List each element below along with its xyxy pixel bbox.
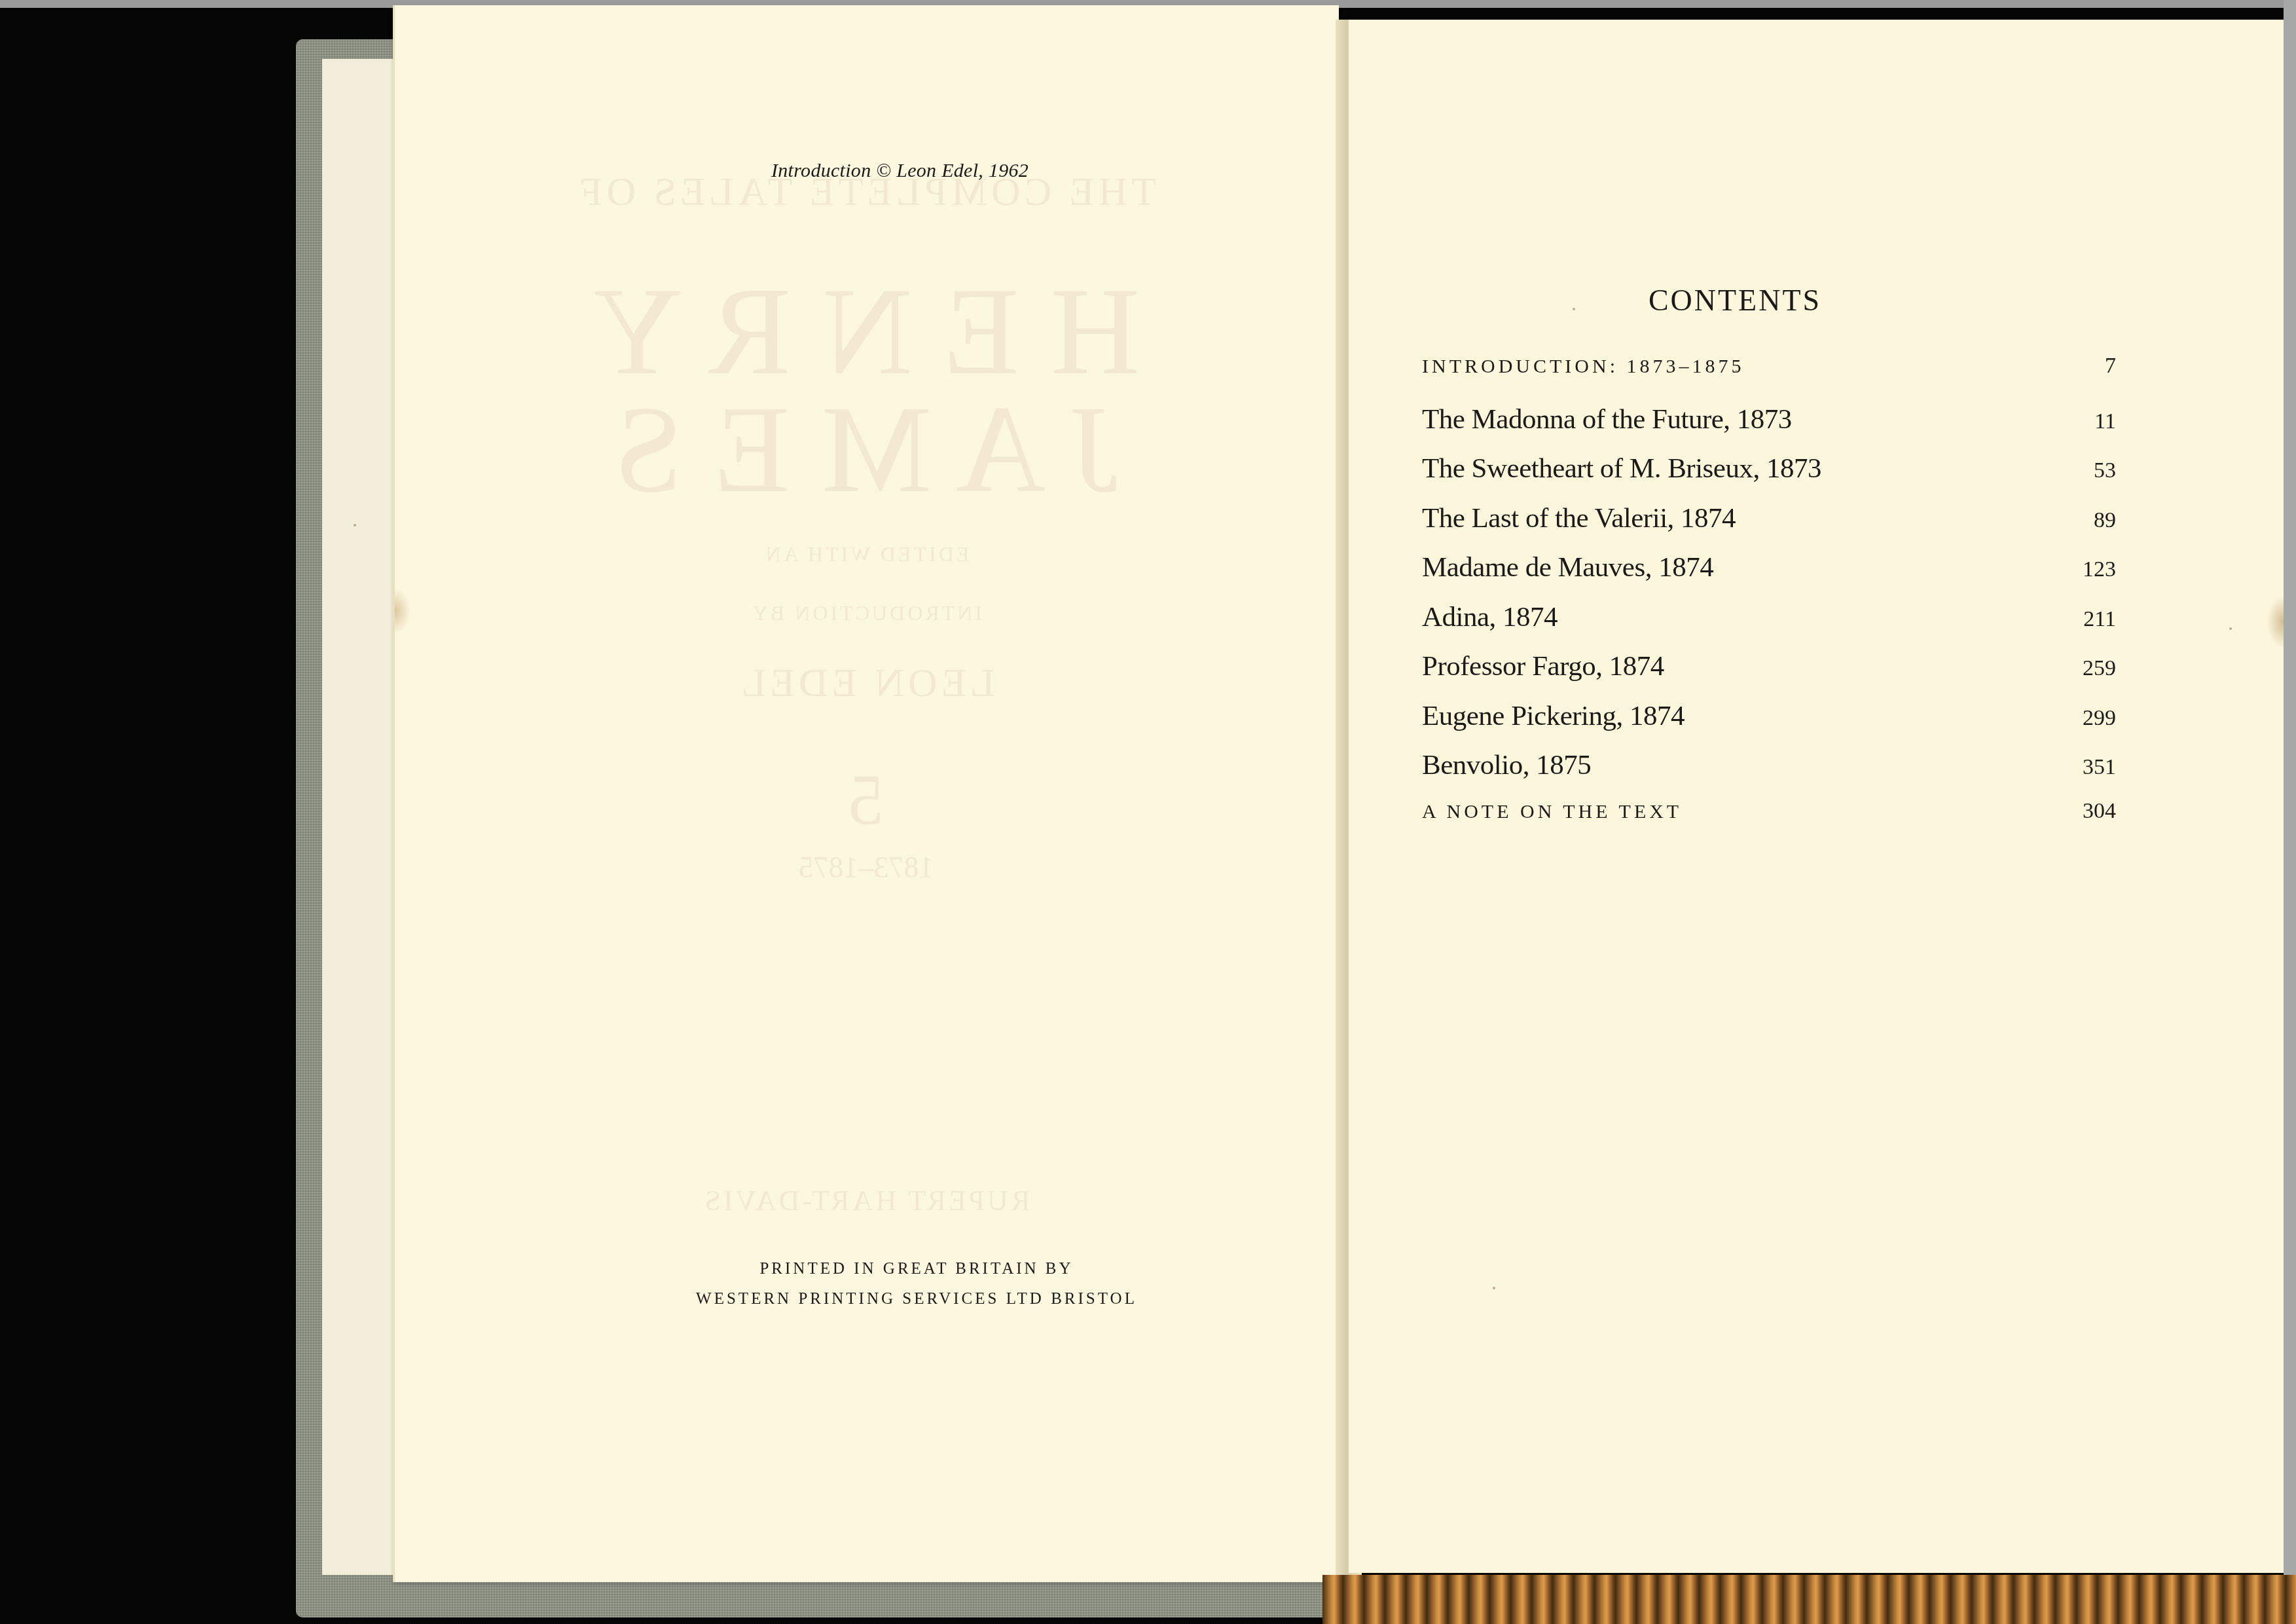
toc-entry-title: Adina, 1874 — [1422, 601, 1558, 633]
toc-entry: The Last of the Valerii, 1874 89 — [1422, 502, 2116, 552]
toc-entry: A NOTE ON THE TEXT 304 — [1422, 799, 2116, 849]
show-through-volume: 5 — [473, 758, 1259, 841]
paper-speck — [1573, 308, 1575, 310]
toc-entry-title: Professor Fargo, 1874 — [1422, 650, 1664, 682]
toc-entry-page: 123 — [2077, 557, 2116, 582]
toc-entry-title: Madame de Mauves, 1874 — [1422, 551, 1713, 583]
paper-speck — [1735, 370, 1738, 373]
copyright-notice: Introduction © Leon Edel, 1962 — [771, 160, 1029, 182]
toc-entry-title: The Sweetheart of M. Briseux, 1873 — [1422, 452, 1821, 485]
toc-entry: Eugene Pickering, 1874 299 — [1422, 700, 2116, 750]
paper-speck — [354, 524, 356, 526]
toc-entry-page: 11 — [2077, 409, 2116, 434]
toc-entry-title: Eugene Pickering, 1874 — [1422, 700, 1685, 732]
toc-entry: Madame de Mauves, 1874 123 — [1422, 551, 2116, 601]
printer-imprint-line-2: WESTERN PRINTING SERVICES LTD BRISTOL — [655, 1284, 1178, 1314]
printer-imprint: PRINTED IN GREAT BRITAIN BY WESTERN PRIN… — [655, 1254, 1178, 1314]
show-through-editor: LEON EDEL — [473, 660, 1259, 707]
left-page-verso: THE COMPLETE TALES OF H E N R Y J A M E … — [393, 5, 1339, 1582]
toc-entry-title: The Last of the Valerii, 1874 — [1422, 502, 1736, 534]
toc-entry: The Madonna of the Future, 1873 11 — [1422, 403, 2116, 453]
show-through-introduction-by: INTRODUCTION BY — [473, 601, 1259, 625]
table-of-contents: INTRODUCTION: 1873–1875 7 The Madonna of… — [1422, 354, 2116, 848]
contents-heading: CONTENTS — [1408, 283, 2062, 318]
show-through-publisher: RUPERT HART-DAVIS — [473, 1184, 1259, 1217]
toc-entry-title: INTRODUCTION: 1873–1875 — [1422, 356, 1744, 378]
scanner-right-edge — [2284, 0, 2296, 1624]
paper-speck — [2229, 627, 2232, 630]
toc-entry-page: 351 — [2077, 755, 2116, 780]
toc-entry-page: 89 — [2077, 508, 2116, 533]
toc-entry-title: A NOTE ON THE TEXT — [1422, 801, 1682, 823]
toc-entry: INTRODUCTION: 1873–1875 7 — [1422, 354, 2116, 403]
show-through-author-2: J A M E S — [473, 378, 1259, 521]
toc-entry: Professor Fargo, 1874 259 — [1422, 650, 2116, 700]
toc-entry-page: 299 — [2077, 706, 2116, 731]
toc-entry: Adina, 1874 211 — [1422, 601, 2116, 651]
toc-entry: Benvolio, 1875 351 — [1422, 749, 2116, 799]
toc-entry-page: 53 — [2077, 458, 2116, 483]
foxing-stain — [395, 588, 410, 634]
paper-speck — [1493, 1287, 1495, 1289]
scanner-light-band — [1322, 1575, 2296, 1624]
toc-entry-title: The Madonna of the Future, 1873 — [1422, 403, 1792, 435]
printer-imprint-line-1: PRINTED IN GREAT BRITAIN BY — [655, 1254, 1178, 1284]
toc-entry-title: Benvolio, 1875 — [1422, 749, 1591, 781]
show-through-years: 1873–1875 — [473, 850, 1259, 885]
toc-entry: The Sweetheart of M. Briseux, 1873 53 — [1422, 452, 2116, 502]
toc-entry-page: 304 — [2077, 799, 2116, 824]
toc-entry-page: 259 — [2077, 656, 2116, 681]
toc-entry-page: 7 — [2077, 354, 2116, 378]
foxing-stain — [2267, 596, 2284, 648]
show-through-edited-by: EDITED WITH AN — [473, 542, 1259, 566]
toc-entry-page: 211 — [2077, 607, 2116, 632]
